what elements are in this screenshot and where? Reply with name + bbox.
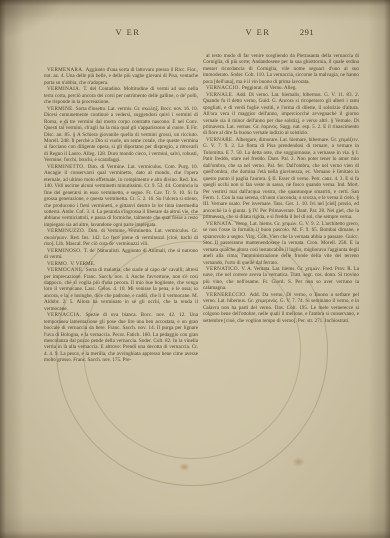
dictionary-entry: VERNALE. Add. Di verno. Lat. hiemalis, h… xyxy=(203,92,359,137)
paper-surface: V ER V ER 291 VERMENARA. Aggiunto d'una … xyxy=(0,0,390,538)
running-header: V ER V ER 291 xyxy=(0,27,390,41)
foxing-stain xyxy=(292,457,305,467)
entry-headword: VERNACCIO. xyxy=(206,85,242,91)
entry-headword: VERMINETTO. xyxy=(47,164,88,170)
entry-headword: VERMINE. xyxy=(47,106,76,112)
foxing-stain xyxy=(179,463,190,471)
entry-headword: VERNARE. xyxy=(206,137,236,143)
dictionary-entry: al resto modo di far venire scegliendo d… xyxy=(203,53,359,85)
entry-body: Spezie di uva bianca. Bocc. nov. 42. 12.… xyxy=(44,312,198,363)
dictionary-entry: VERMINOSO. T. de' Naturalisti. Aggiunto … xyxy=(44,248,198,261)
dictionary-entry: VERNATA. Verno. Lat. hiems. Gr. χειμών. … xyxy=(203,221,359,266)
entry-headword: VERMINAIA. xyxy=(47,86,83,92)
entry-headword: VERMINOSO. xyxy=(47,248,84,254)
dictionary-entry: VERMINUZZO. Dim. di Vermine, Verminetto.… xyxy=(44,228,198,247)
dictionary-entry: VERNATICO. V. A. Vernata. Lat. hiems. Gr… xyxy=(203,266,359,292)
dictionary-entry: VERMINE. Sorta d'insetto. Lat. vermis. G… xyxy=(44,106,198,164)
entry-body: al resto modo di far venire scegliendo d… xyxy=(203,53,359,85)
dictionary-entry: VERNARE. Albergare, dimorare. Lat. hiema… xyxy=(203,137,359,221)
entry-body: Verno. Lat. hiems. Gr. χειμών. G. V. 9. … xyxy=(203,221,359,266)
entry-headword: VERMINUZZO. xyxy=(47,228,88,234)
entry-body: Peggiorat. di Verno. Alleg. xyxy=(242,85,297,91)
running-title-right: V ER xyxy=(228,27,288,37)
text-column-left: VERMENARA. Aggiunto d'una sorta di latto… xyxy=(44,67,198,432)
dictionary-entry: VERNERECCIO. Add. Da verno, Di verno, o … xyxy=(203,292,359,324)
dictionary-entry: VERNACCIA. Spezie di uva bianca. Bocc. n… xyxy=(44,312,198,364)
entry-headword: VERMENARA. xyxy=(47,67,86,73)
entry-body: Albergare, dimorare. Lat. hiemare, hiber… xyxy=(203,137,359,220)
entry-body: V. VERME. xyxy=(70,261,95,267)
entry-headword: VERMOCANE. xyxy=(47,267,86,273)
dictionary-entry: VERMENARA. Aggiunto d'una sorta di latto… xyxy=(44,67,198,86)
entry-headword: VERNACCIA. xyxy=(47,312,85,318)
entry-headword: VERMO. xyxy=(47,261,70,267)
dictionary-entry: VERMOCANE. Sorta di malattia, che suole … xyxy=(44,267,198,312)
entry-body: Sorta di malattia, che suole al capo de'… xyxy=(44,267,198,312)
dictionary-entry: VERMINETTO. Dim. di Vermine. Lat. vermic… xyxy=(44,164,198,229)
text-column-right: al resto modo di far venire scegliendo d… xyxy=(203,53,359,431)
entry-headword: VERNATICO. xyxy=(206,266,241,272)
running-title-left: V ER xyxy=(98,27,158,37)
entry-body: Dim. di Vermine. Lat. vermiculus. Com. P… xyxy=(44,164,198,228)
entry-body: Sorta d'insetto. Lat. vermis. Gr. σκώληξ… xyxy=(44,106,198,164)
scanned-book-page: V ER V ER 291 VERMENARA. Aggiunto d'una … xyxy=(0,0,390,538)
dictionary-entry: VERMINAIA. T. del Contadino. Moltitudine… xyxy=(44,86,198,105)
entry-body: Add. Di verno. Lat. hiemalis, hibernus. … xyxy=(203,92,359,137)
entry-headword: VERNALE. xyxy=(206,92,236,98)
page-number: 291 xyxy=(292,27,322,37)
entry-headword: VERNATA. xyxy=(206,221,235,227)
entry-headword: VERNERECCIO. xyxy=(206,292,250,298)
